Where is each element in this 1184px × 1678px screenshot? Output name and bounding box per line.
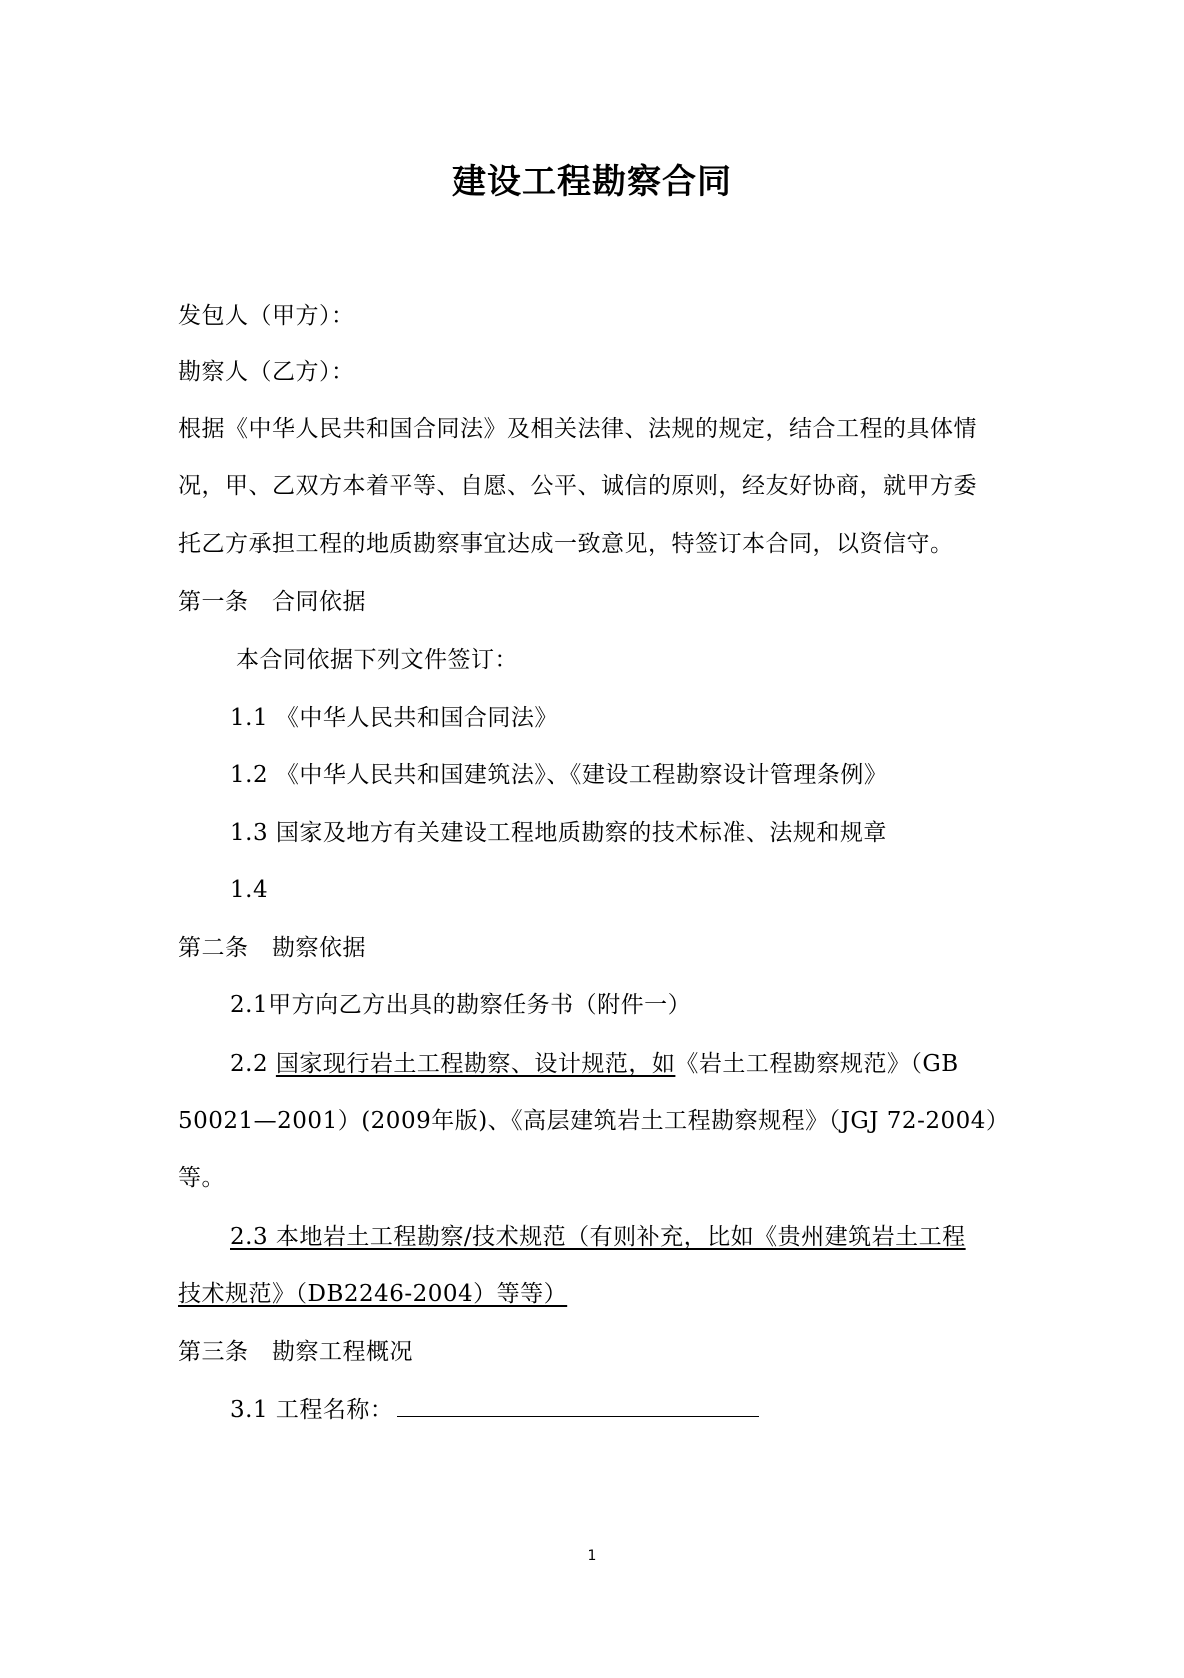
article-2-heading: 第二条 勘察依据 bbox=[178, 933, 366, 963]
article-3-heading: 第三条 勘察工程概况 bbox=[178, 1337, 413, 1367]
article-1-item-2: 1.2 《中华人民共和国建筑法》、《建设工程勘察设计管理条例》 bbox=[230, 760, 887, 790]
article-2-item-3-line-1: 2.3 本地岩土工程勘察/技术规范（有则补充，比如《贵州建筑岩土工程 bbox=[230, 1222, 966, 1252]
preamble-line-2: 况，甲、乙双方本着平等、自愿、公平、诚信的原则，经友好协商，就甲方委 bbox=[178, 471, 977, 501]
party-a-label: 发包人（甲方）： bbox=[178, 301, 355, 331]
document-page: 建设工程勘察合同 发包人（甲方）： 勘察人（乙方）： 根据《中华人民共和国合同法… bbox=[0, 0, 1184, 1678]
article-2-item-3-line-2: 技术规范》（DB2246-2004）等等） bbox=[178, 1279, 567, 1309]
article-3-item-1: 3.1 工程名称： bbox=[230, 1394, 759, 1425]
article-1-heading: 第一条 合同依据 bbox=[178, 587, 366, 617]
preamble-line-1: 根据《中华人民共和国合同法》及相关法律、法规的规定，结合工程的具体情 bbox=[178, 414, 977, 444]
project-name-label: 3.1 工程名称： bbox=[230, 1397, 393, 1423]
preamble-line-3: 托乙方承担工程的地质勘察事宜达成一致意见，特签订本合同，以资信守。 bbox=[178, 529, 954, 559]
party-b-label: 勘察人（乙方）： bbox=[178, 357, 355, 387]
article-2-item-2-underlined: 国家现行岩土工程勘察、设计规范，如 bbox=[276, 1051, 676, 1077]
page-number: 1 bbox=[0, 1547, 1184, 1565]
article-2-item-2-line-3: 等。 bbox=[178, 1163, 225, 1193]
project-name-blank-field[interactable] bbox=[397, 1394, 759, 1417]
article-2-item-2-rest: 《岩土工程勘察规范》（GB bbox=[675, 1051, 958, 1077]
article-1-intro: 本合同依据下列文件签订： bbox=[236, 645, 518, 675]
article-1-item-4: 1.4 bbox=[230, 875, 268, 905]
article-1-item-1: 1.1 《中华人民共和国合同法》 bbox=[230, 703, 558, 733]
article-2-item-2-line-1: 2.2 国家现行岩土工程勘察、设计规范，如《岩土工程勘察规范》（GB bbox=[230, 1049, 959, 1079]
article-1-item-3: 1.3 国家及地方有关建设工程地质勘察的技术标准、法规和规章 bbox=[230, 818, 887, 848]
article-2-item-2-line-2: 50021—2001）(2009年版)、《高层建筑岩土工程勘察规程》（JGJ 7… bbox=[178, 1106, 1009, 1136]
document-title: 建设工程勘察合同 bbox=[0, 162, 1184, 202]
article-2-item-1: 2.1甲方向乙方出具的勘察任务书（附件一） bbox=[230, 990, 691, 1020]
article-2-item-2-number: 2.2 bbox=[230, 1051, 276, 1077]
